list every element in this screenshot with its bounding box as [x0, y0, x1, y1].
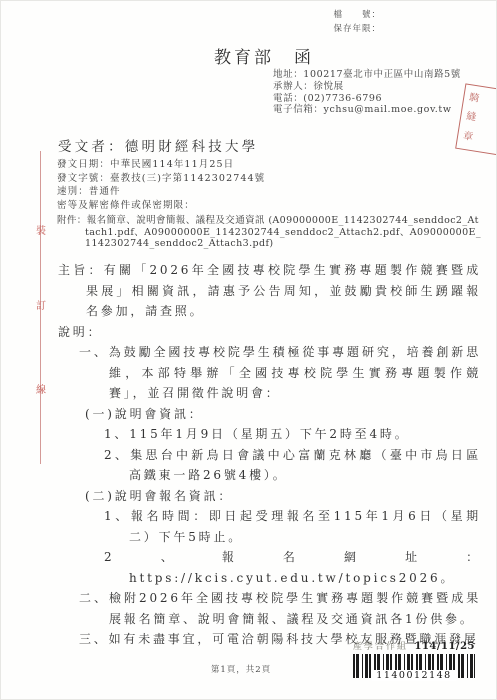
sender-email: 電子信箱：ychsu@mail.moe.gov.tw [273, 104, 461, 116]
item-text: 集思台中新烏日會議中心富蘭克林廳（臺中市烏日區高鐵東一路26號4樓）。 [129, 448, 481, 483]
sender-phone: 電話：(02)7736-6796 [273, 93, 461, 105]
retention-label: 保存年限： [319, 23, 381, 37]
item-text: 報名時間：即日起受理報名至115年1月6日（星期二）下午5時止。 [129, 509, 481, 544]
letter-title: 教育部 函 [214, 43, 314, 68]
issue-date-line: 發文日期：中華民國114年11月25日 [57, 158, 483, 172]
recipient-line: 受文者：德明財經科技大學 [58, 135, 258, 155]
barcode-number: 1140012148 [371, 670, 456, 681]
item-label: 三、 [79, 632, 109, 646]
item-text: 說明會資訊： [115, 407, 204, 421]
item-label: 2、 [104, 448, 130, 462]
speed-line: 速別：普通件 [57, 185, 483, 199]
binding-mark: 線 [34, 381, 48, 396]
security-line: 密等及解密條件或保密期限： [57, 199, 483, 213]
stamp-char: 騎 [468, 92, 480, 104]
item-label: 一、 [79, 345, 109, 359]
item-label: 2、 [104, 550, 222, 564]
letter-body: 主旨：有關「2026年全國技專校院學生實務專題製作競賽暨成果展」相關資訊，請惠予… [58, 260, 481, 650]
document-meta-block: 發文日期：中華民國114年11月25日 發文字號：臺教技(三)字第1142302… [57, 158, 483, 249]
document-page: 檔 號： 保存年限： 教育部 函 地址：100217臺北市中正區中山南路5號 承… [0, 0, 497, 700]
doc-number-line: 發文字號：臺教技(三)字第1142302744號 [57, 172, 483, 186]
subject-paragraph: 主旨：有關「2026年全國技專校院學生實務專題製作競賽暨成果展」相關資訊，請惠予… [58, 260, 481, 322]
list-item: (二)說明會報名資訊： [85, 486, 481, 507]
binding-mark: 裝 [34, 222, 48, 237]
list-item: 1、115年1月9日（星期五）下午2時至4時。 [104, 424, 481, 445]
item-text: 115年1月9日（星期五）下午2時至4時。 [129, 427, 409, 441]
item-label: (一) [85, 407, 115, 421]
page-number: 第1頁，共2頁 [189, 663, 293, 675]
item-label: 二、 [79, 591, 109, 605]
list-item: 2、集思台中新烏日會議中心富蘭克林廳（臺中市烏日區高鐵東一路26號4樓）。 [104, 445, 481, 486]
list-item: 2、報名網址：https://kcis.cyut.edu.tw/topics20… [104, 547, 481, 588]
attachment-line: 附件：報名簡章、說明會簡報、議程及交通資訊 (A09000000E_114230… [57, 215, 483, 249]
issuing-unit: 產學合作組 [353, 639, 408, 652]
sender-contact: 承辦人：徐悅展 [273, 81, 461, 93]
stamp-char: 縫 [465, 111, 477, 123]
item-text: 說明會報名資訊： [115, 489, 233, 503]
list-item: 一、為鼓勵全國技專校院學生積極從事專題研究，培養創新思維，本部特舉辦「全國技專校… [79, 342, 481, 404]
item-label: (二) [85, 489, 115, 503]
file-no-label: 檔 號： [319, 9, 381, 23]
list-item: 1、報名時間：即日起受理報名至115年1月6日（星期二）下午5時止。 [104, 506, 481, 547]
footer-right-block: 產學合作組 114/11/25 1140012148 [353, 639, 475, 678]
body-items: 一、為鼓勵全國技專校院學生積極從事專題研究，培養創新思維，本部特舉辦「全國技專校… [58, 342, 481, 650]
file-number-block: 檔 號： 保存年限： [319, 9, 381, 36]
footer-date: 114/11/25 [414, 641, 475, 652]
sender-address: 地址：100217臺北市中正區中山南路5號 [273, 69, 461, 81]
list-item: (一)說明會資訊： [85, 404, 481, 425]
binding-mark: 訂 [34, 297, 48, 312]
item-text: 檢附2026年全國技專校院學生實務專題製作競賽暨成果展報名簡章、說明會簡報、議程… [109, 591, 481, 626]
sender-info-block: 地址：100217臺北市中正區中山南路5號 承辦人：徐悅展 電話：(02)773… [273, 69, 461, 116]
list-item: 二、檢附2026年全國技專校院學生實務專題製作競賽暨成果展報名簡章、說明會簡報、… [79, 588, 481, 629]
stamp-char: 章 [462, 131, 474, 143]
red-seal-stamp-icon: 騎縫章 [455, 83, 497, 156]
item-label: 1、 [104, 509, 131, 523]
explanation-label: 說明： [58, 322, 481, 343]
item-text: 為鼓勵全國技專校院學生積極從事專題研究，培養創新思維，本部特舉辦「全國技專校院學… [109, 345, 481, 400]
barcode: 1140012148 [353, 654, 475, 678]
item-label: 1、 [104, 427, 129, 441]
